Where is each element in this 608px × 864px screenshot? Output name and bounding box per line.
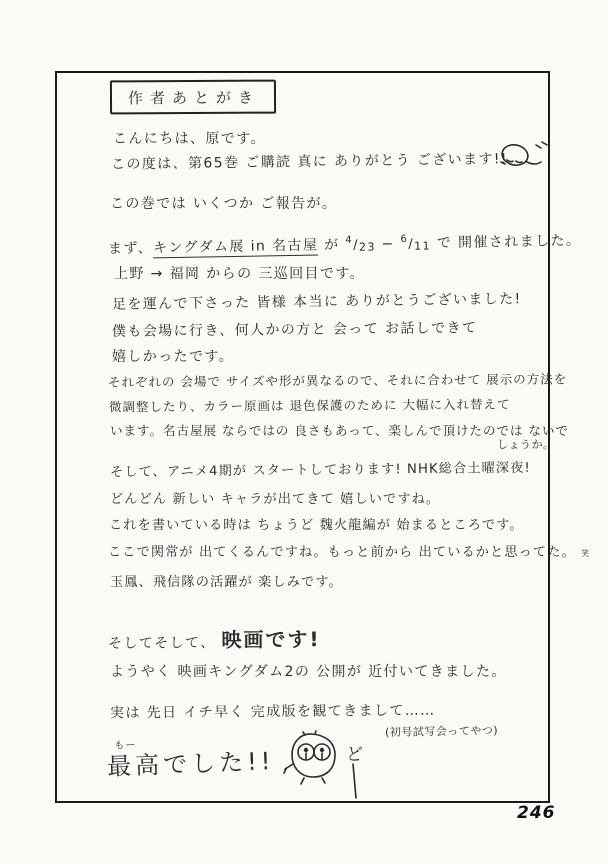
line-visit-2: 嬉しかったです。 bbox=[112, 346, 234, 366]
line-expo-route: 上野 → 福岡 からの 三巡回目です。 bbox=[114, 263, 365, 283]
line-movie-1: ようやく 映画キングダム2の 公開が 近付いてきました。 bbox=[110, 661, 507, 681]
line-report-intro: この巻では いくつか ご報告が。 bbox=[110, 193, 337, 213]
finale-ruby: もー bbox=[114, 736, 137, 752]
expo-suffix: で 開催されました。 bbox=[431, 233, 582, 252]
line-movie-intro: そしてそして、 映画です! bbox=[108, 623, 321, 654]
line-finale: もー 最高でした!! bbox=[106, 741, 274, 782]
line-movie-2: 実は 先日 イチ早く 完成版を観てきまして…… bbox=[110, 700, 436, 723]
bowing-thanks-face-doodle-icon bbox=[498, 141, 550, 171]
manga-afterword-page: 作者あとがき こんにちは、原です。 この度は、第65巻 ご購読 真に ありがとう… bbox=[0, 0, 608, 864]
page-number: 246 bbox=[517, 803, 556, 823]
line-exhibit-3-wrap: しょうか。 bbox=[497, 436, 555, 452]
sfx-stroke-icon bbox=[350, 764, 360, 800]
movie-intro-emphasis: 映画です! bbox=[221, 627, 320, 652]
teary-eyed-face-doodle-icon bbox=[282, 731, 346, 793]
line-anime-2: どんどん 新しい キャラが出てきて 嬉しいですね。 bbox=[110, 488, 440, 507]
line-anime-5: 玉鳳、飛信隊の活躍が 楽しみです。 bbox=[110, 571, 343, 590]
afterword-title-box: 作者あとがき bbox=[110, 80, 276, 115]
expo-date-separator: − bbox=[376, 236, 401, 252]
expo-date1-denominator: 23 bbox=[359, 240, 376, 253]
expo-prefix: まず、 bbox=[108, 240, 153, 257]
sfx-do-text: ど bbox=[346, 740, 364, 765]
expo-title-underlined: キングダム展 in 名古屋 bbox=[153, 237, 318, 258]
line-visit-1: 僕も会場に行き、何人かの方と 会って お話しできて bbox=[112, 317, 478, 341]
line-exhibit-1: それぞれの 会場で サイズや形が異なるので、それに合わせて 展示の方法を bbox=[108, 369, 567, 390]
afterword-title: 作者あとがき bbox=[128, 89, 260, 108]
line-exhibit-2: 微調整したり、カラー原画は 退色保護のために 大幅に入れ替えて bbox=[109, 395, 511, 416]
line-anime-4: ここで関常が 出てくるんですね。もっと前から 出ているかと思ってた。 笑 bbox=[108, 541, 589, 560]
anime-4-text: ここで関常が 出てくるんですね。もっと前から 出ているかと思ってた。 bbox=[108, 545, 576, 560]
movie-intro-prefix: そしてそして、 bbox=[108, 635, 222, 652]
expo-mid: が bbox=[318, 237, 345, 253]
line-greeting-1: こんにちは、原です。 bbox=[113, 128, 266, 148]
expo-date2-denominator: 11 bbox=[414, 239, 431, 252]
line-movie-note: (初号試写会ってやつ) bbox=[385, 722, 498, 740]
line-anime-3: これを書いている時は ちょうど 魏火龍編が 始まるところです。 bbox=[109, 514, 524, 533]
anime-4-laugh-note: 笑 bbox=[581, 549, 589, 558]
finale-text: 最高でした!! bbox=[107, 747, 275, 781]
